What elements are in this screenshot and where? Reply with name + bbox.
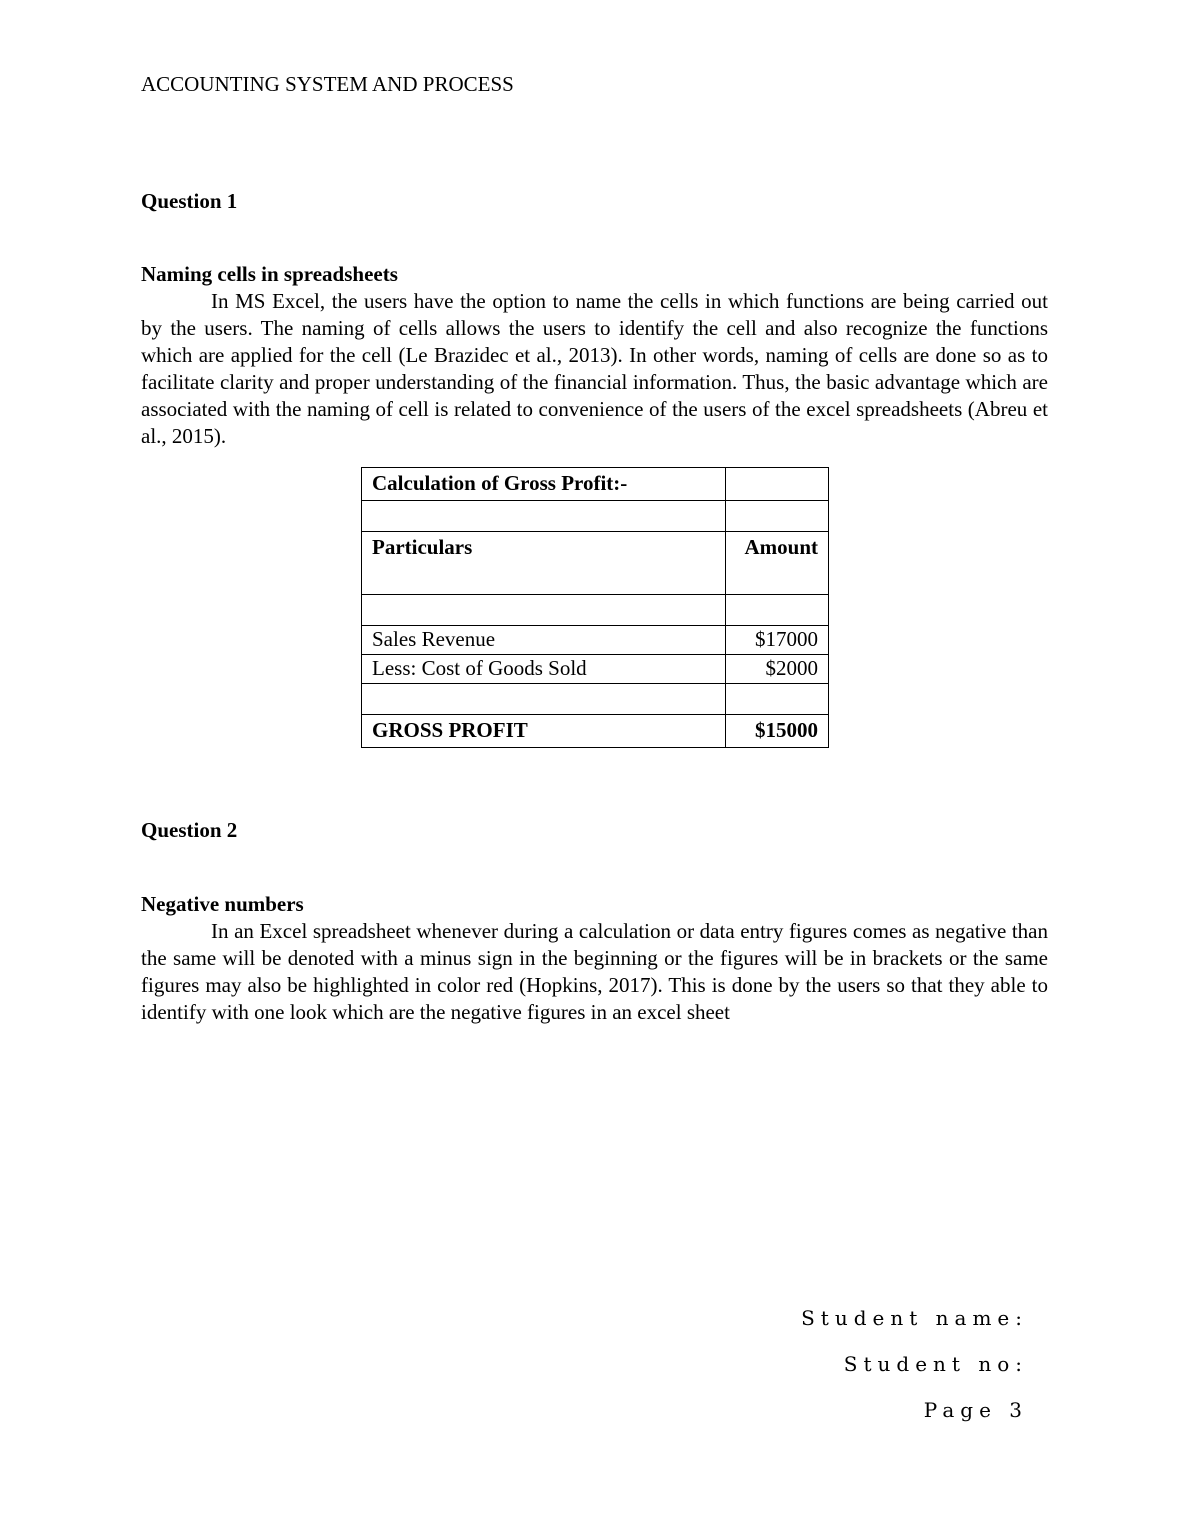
table-title-row: Calculation of Gross Profit:- [362, 468, 829, 501]
row-label: Less: Cost of Goods Sold [362, 655, 726, 684]
negative-numbers-paragraph: In an Excel spreadsheet whenever during … [141, 918, 1048, 1026]
negative-numbers-subheading: Negative numbers [141, 891, 304, 917]
naming-cells-subheading: Naming cells in spreadsheets [141, 261, 398, 287]
student-no-label: Student no: [844, 1351, 1028, 1377]
table-row: Sales Revenue $17000 [362, 626, 829, 655]
gross-profit-table: Calculation of Gross Profit:- Particular… [361, 467, 829, 748]
question-2-heading: Question 2 [141, 817, 237, 843]
table-blank-row [362, 684, 829, 715]
total-label: GROSS PROFIT [362, 715, 726, 748]
table-row: Less: Cost of Goods Sold $2000 [362, 655, 829, 684]
table-title: Calculation of Gross Profit:- [362, 468, 726, 501]
row-label: Sales Revenue [362, 626, 726, 655]
running-header: ACCOUNTING SYSTEM AND PROCESS [141, 71, 514, 97]
student-name-label: Student name: [801, 1305, 1028, 1331]
table-total-row: GROSS PROFIT $15000 [362, 715, 829, 748]
naming-cells-paragraph: In MS Excel, the users have the option t… [141, 288, 1048, 450]
row-amount: $17000 [726, 626, 829, 655]
question-1-heading: Question 1 [141, 188, 237, 214]
table-blank-row [362, 501, 829, 532]
column-header-particulars: Particulars [362, 532, 726, 595]
table-header-row: Particulars Amount [362, 532, 829, 595]
column-header-amount: Amount [726, 532, 829, 595]
page-number: Page 3 [924, 1397, 1028, 1423]
row-amount: $2000 [726, 655, 829, 684]
total-amount: $15000 [726, 715, 829, 748]
table-blank-row [362, 595, 829, 626]
